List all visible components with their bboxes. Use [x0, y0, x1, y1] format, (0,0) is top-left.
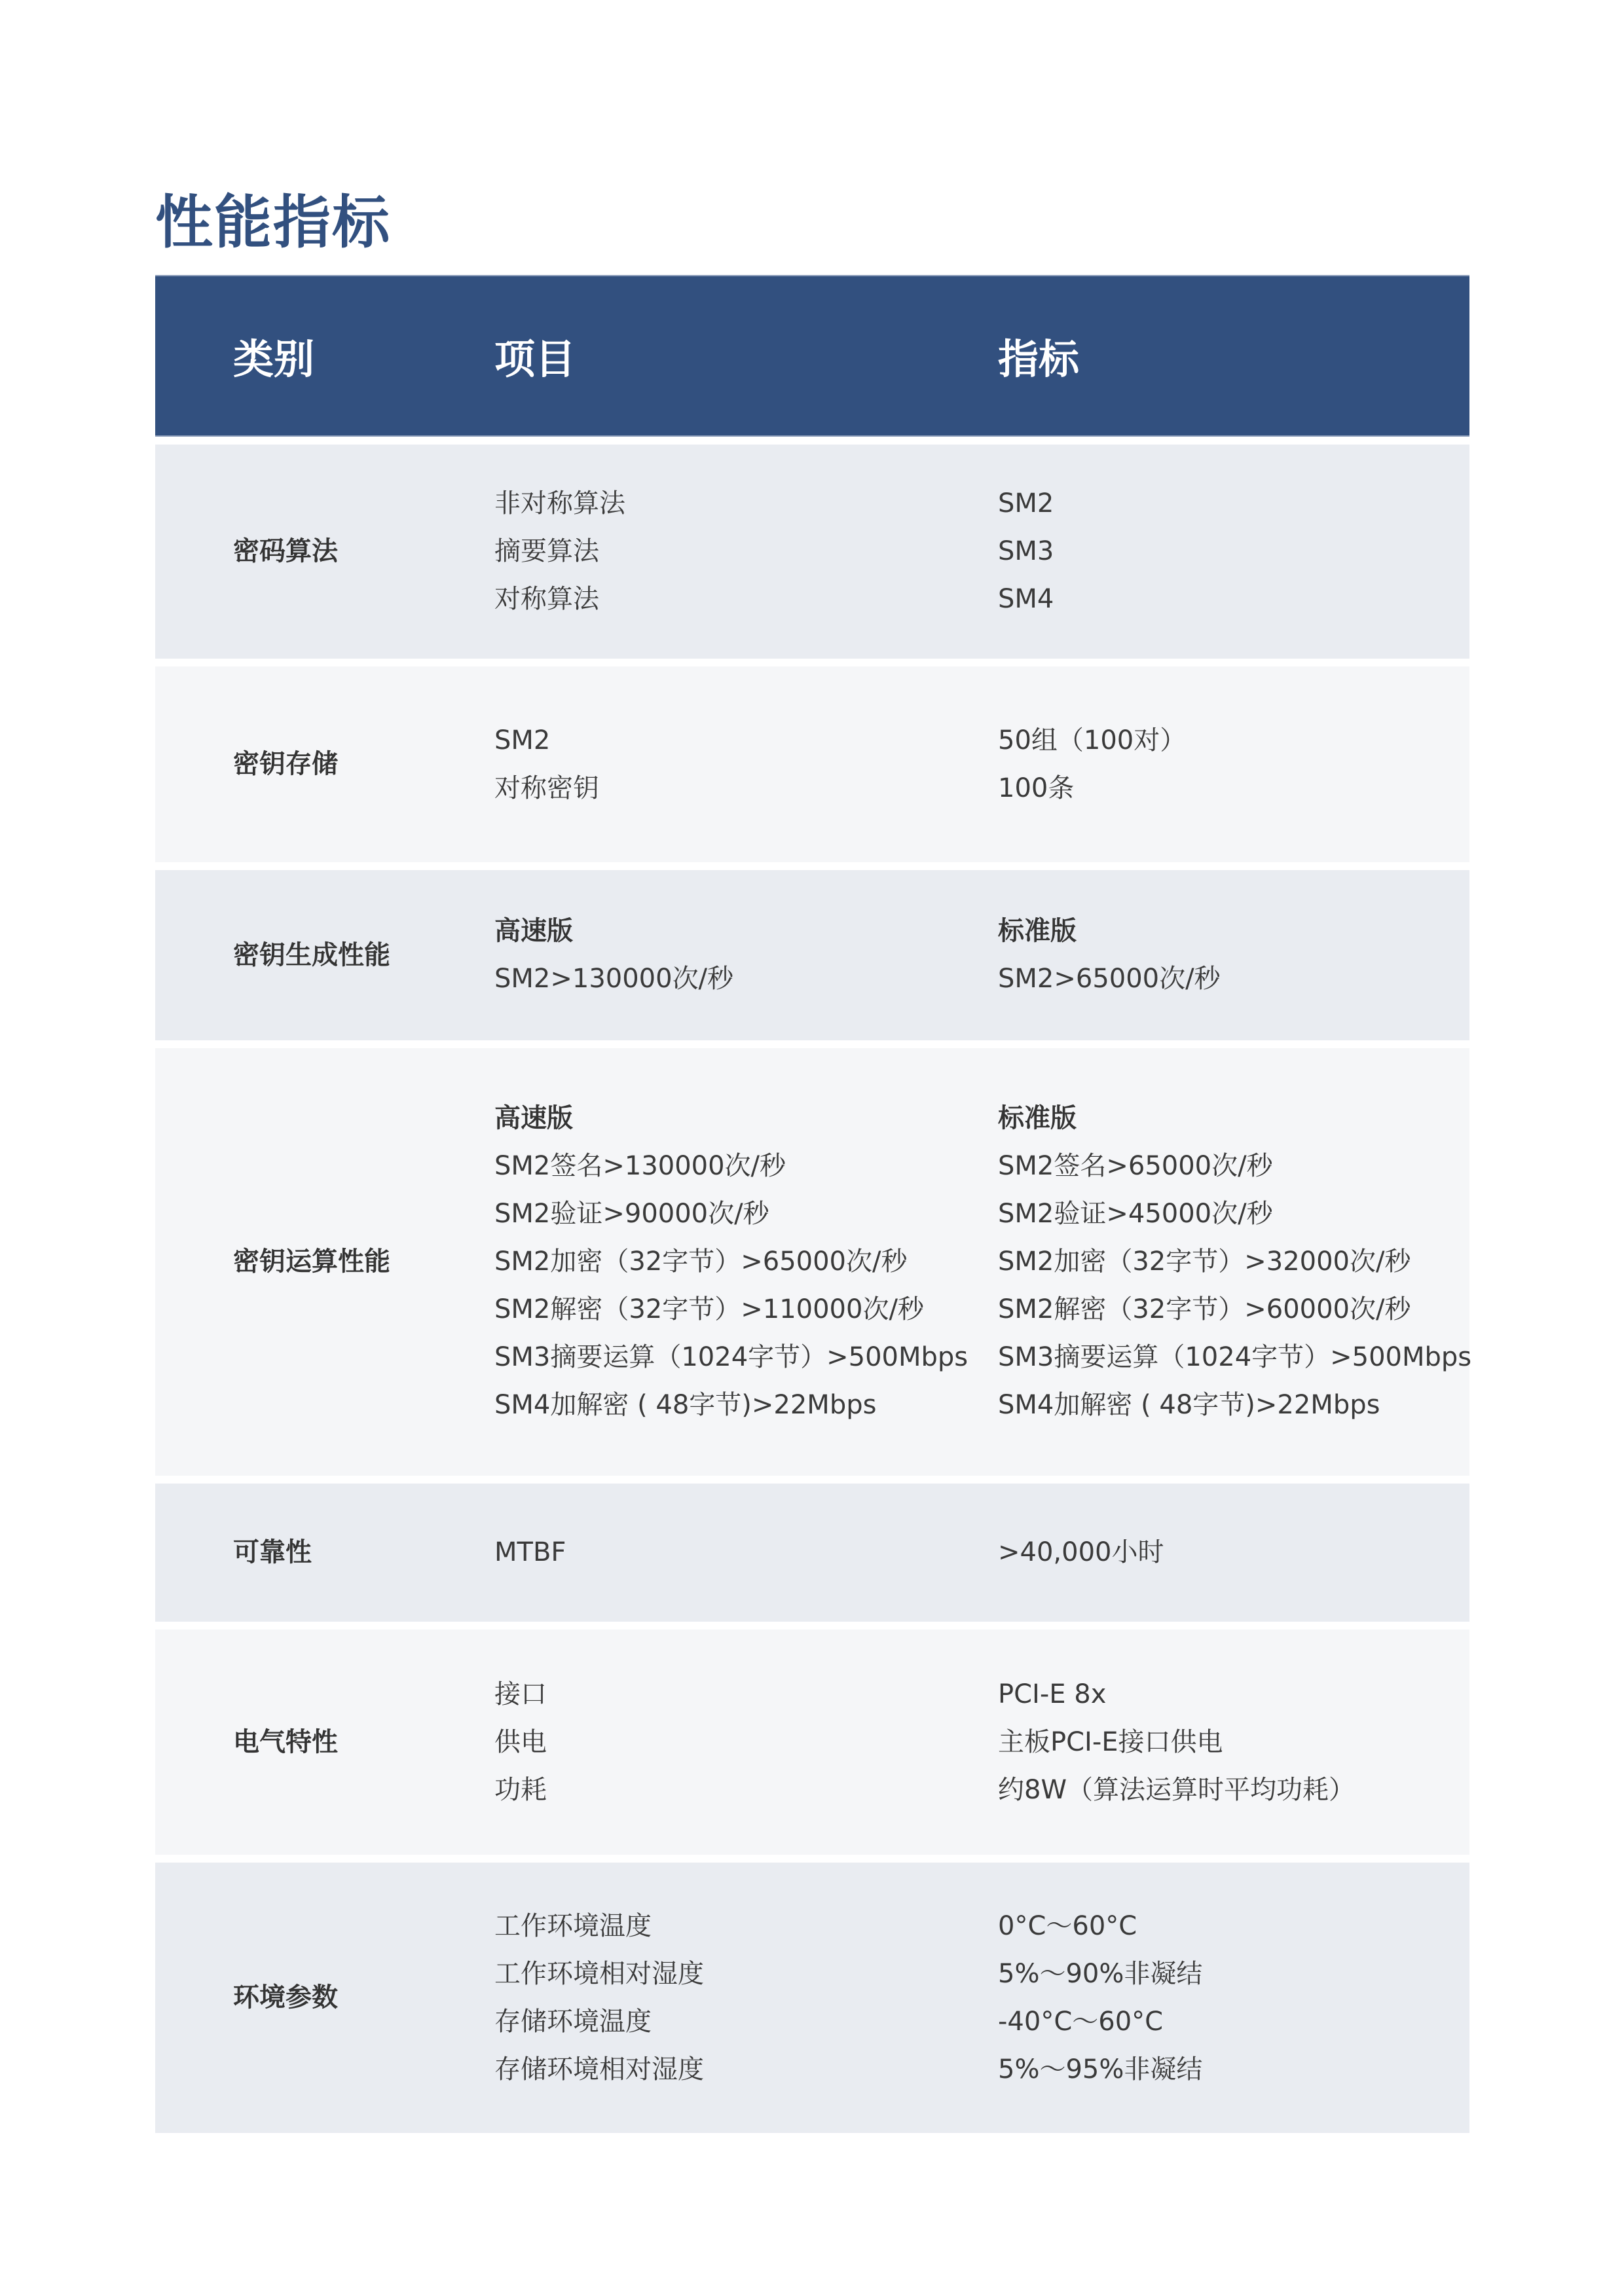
item-text: 工作环境温度	[494, 1903, 704, 1950]
indicator-text: 5%～95%非凝结	[998, 2046, 1202, 2094]
indicator-text: >40,000小时	[998, 1529, 1164, 1576]
row-items: 非对称算法 摘要算法 对称算法	[494, 445, 625, 659]
item-text: SM2解密（32字节）>110000次/秒	[494, 1286, 968, 1334]
item-text: 对称密钥	[494, 765, 599, 812]
item-text: 摘要算法	[494, 528, 625, 575]
edition-label: 标准版	[998, 907, 1221, 955]
row-items: SM2 对称密钥	[494, 666, 599, 862]
item-text: 存储环境温度	[494, 1998, 704, 2046]
indicator-text: 0°C～60°C	[998, 1903, 1202, 1950]
row-items: 接口 供电 功耗	[494, 1630, 547, 1855]
item-text: SM2加密（32字节）>65000次/秒	[494, 1238, 968, 1286]
item-text: SM2>130000次/秒	[494, 955, 733, 1003]
indicator-text: SM4	[998, 575, 1054, 623]
item-text: 存储环境相对湿度	[494, 2046, 704, 2094]
row-items: 高速版 SM2>130000次/秒	[494, 870, 733, 1040]
row-indicators: 标准版 SM2签名>65000次/秒 SM2验证>45000次/秒 SM2加密（…	[998, 1048, 1471, 1476]
table-row-key-generation-performance: 密钥生成性能 高速版 SM2>130000次/秒 标准版 SM2>65000次/…	[155, 870, 1469, 1040]
table-row-crypto-algorithms: 密码算法 非对称算法 摘要算法 对称算法 SM2 SM3 SM4	[155, 445, 1469, 659]
row-indicators: 0°C～60°C 5%～90%非凝结 -40°C～60°C 5%～95%非凝结	[998, 1863, 1202, 2133]
indicator-text: SM2签名>65000次/秒	[998, 1142, 1471, 1190]
item-text: 供电	[494, 1719, 547, 1766]
indicator-text: 100条	[998, 765, 1186, 812]
item-text: MTBF	[494, 1529, 566, 1576]
indicator-text: 50组（100对）	[998, 717, 1186, 765]
table-row-key-storage: 密钥存储 SM2 对称密钥 50组（100对） 100条	[155, 666, 1469, 862]
indicator-text: -40°C～60°C	[998, 1998, 1202, 2046]
table-row-environment: 环境参数 工作环境温度 工作环境相对湿度 存储环境温度 存储环境相对湿度 0°C…	[155, 1863, 1469, 2133]
performance-spec-table: 类别 项目 指标 密码算法 非对称算法 摘要算法 对称算法 SM2 SM3 SM…	[155, 275, 1469, 2133]
edition-label: 标准版	[998, 1095, 1471, 1142]
row-indicators: PCI-E 8x 主板PCI-E接口供电 约8W（算法运算时平均功耗）	[998, 1630, 1355, 1855]
edition-label: 高速版	[494, 1095, 968, 1142]
row-category: 环境参数	[233, 1863, 338, 2133]
item-text: 对称算法	[494, 575, 625, 623]
indicator-text: SM3摘要运算（1024字节）>500Mbps	[998, 1334, 1471, 1381]
indicator-text: SM2解密（32字节）>60000次/秒	[998, 1286, 1471, 1334]
item-text: 非对称算法	[494, 480, 625, 528]
row-items: 工作环境温度 工作环境相对湿度 存储环境温度 存储环境相对湿度	[494, 1863, 704, 2133]
indicator-text: SM2	[998, 480, 1054, 528]
row-category: 密钥运算性能	[233, 1048, 390, 1476]
row-category: 密钥生成性能	[233, 870, 390, 1040]
row-items: 高速版 SM2签名>130000次/秒 SM2验证>90000次/秒 SM2加密…	[494, 1048, 968, 1476]
edition-label: 高速版	[494, 907, 733, 955]
item-text: SM2签名>130000次/秒	[494, 1142, 968, 1190]
row-category: 电气特性	[233, 1630, 338, 1855]
indicator-text: PCI-E 8x	[998, 1671, 1355, 1719]
indicator-text: 约8W（算法运算时平均功耗）	[998, 1766, 1355, 1814]
item-text: SM2	[494, 717, 599, 765]
item-text: 功耗	[494, 1766, 547, 1814]
row-category: 可靠性	[233, 1484, 312, 1622]
row-category: 密码算法	[233, 445, 338, 659]
item-text: 工作环境相对湿度	[494, 1950, 704, 1998]
table-row-electrical: 电气特性 接口 供电 功耗 PCI-E 8x 主板PCI-E接口供电 约8W（算…	[155, 1630, 1469, 1855]
header-item: 项目	[494, 276, 576, 435]
row-indicators: 标准版 SM2>65000次/秒	[998, 870, 1221, 1040]
indicator-text: SM2验证>45000次/秒	[998, 1190, 1471, 1238]
indicator-text: 5%～90%非凝结	[998, 1950, 1202, 1998]
item-text: SM3摘要运算（1024字节）>500Mbps	[494, 1334, 968, 1381]
page-title: 性能指标	[155, 187, 391, 259]
header-category: 类别	[233, 276, 314, 435]
header-indicator: 指标	[998, 276, 1079, 435]
row-items: MTBF	[494, 1484, 566, 1622]
row-category: 密钥存储	[233, 666, 338, 862]
table-header: 类别 项目 指标	[155, 275, 1469, 437]
item-text: SM4加解密 ( 48字节)>22Mbps	[494, 1381, 968, 1429]
item-text: 接口	[494, 1671, 547, 1719]
indicator-text: SM2>65000次/秒	[998, 955, 1221, 1003]
table-row-key-operation-performance: 密钥运算性能 高速版 SM2签名>130000次/秒 SM2验证>90000次/…	[155, 1048, 1469, 1476]
item-text: SM2验证>90000次/秒	[494, 1190, 968, 1238]
indicator-text: SM4加解密 ( 48字节)>22Mbps	[998, 1381, 1471, 1429]
indicator-text: SM3	[998, 528, 1054, 575]
row-indicators: 50组（100对） 100条	[998, 666, 1186, 862]
row-indicators: SM2 SM3 SM4	[998, 445, 1054, 659]
row-indicators: >40,000小时	[998, 1484, 1164, 1622]
indicator-text: SM2加密（32字节）>32000次/秒	[998, 1238, 1471, 1286]
indicator-text: 主板PCI-E接口供电	[998, 1719, 1355, 1766]
table-row-reliability: 可靠性 MTBF >40,000小时	[155, 1484, 1469, 1622]
